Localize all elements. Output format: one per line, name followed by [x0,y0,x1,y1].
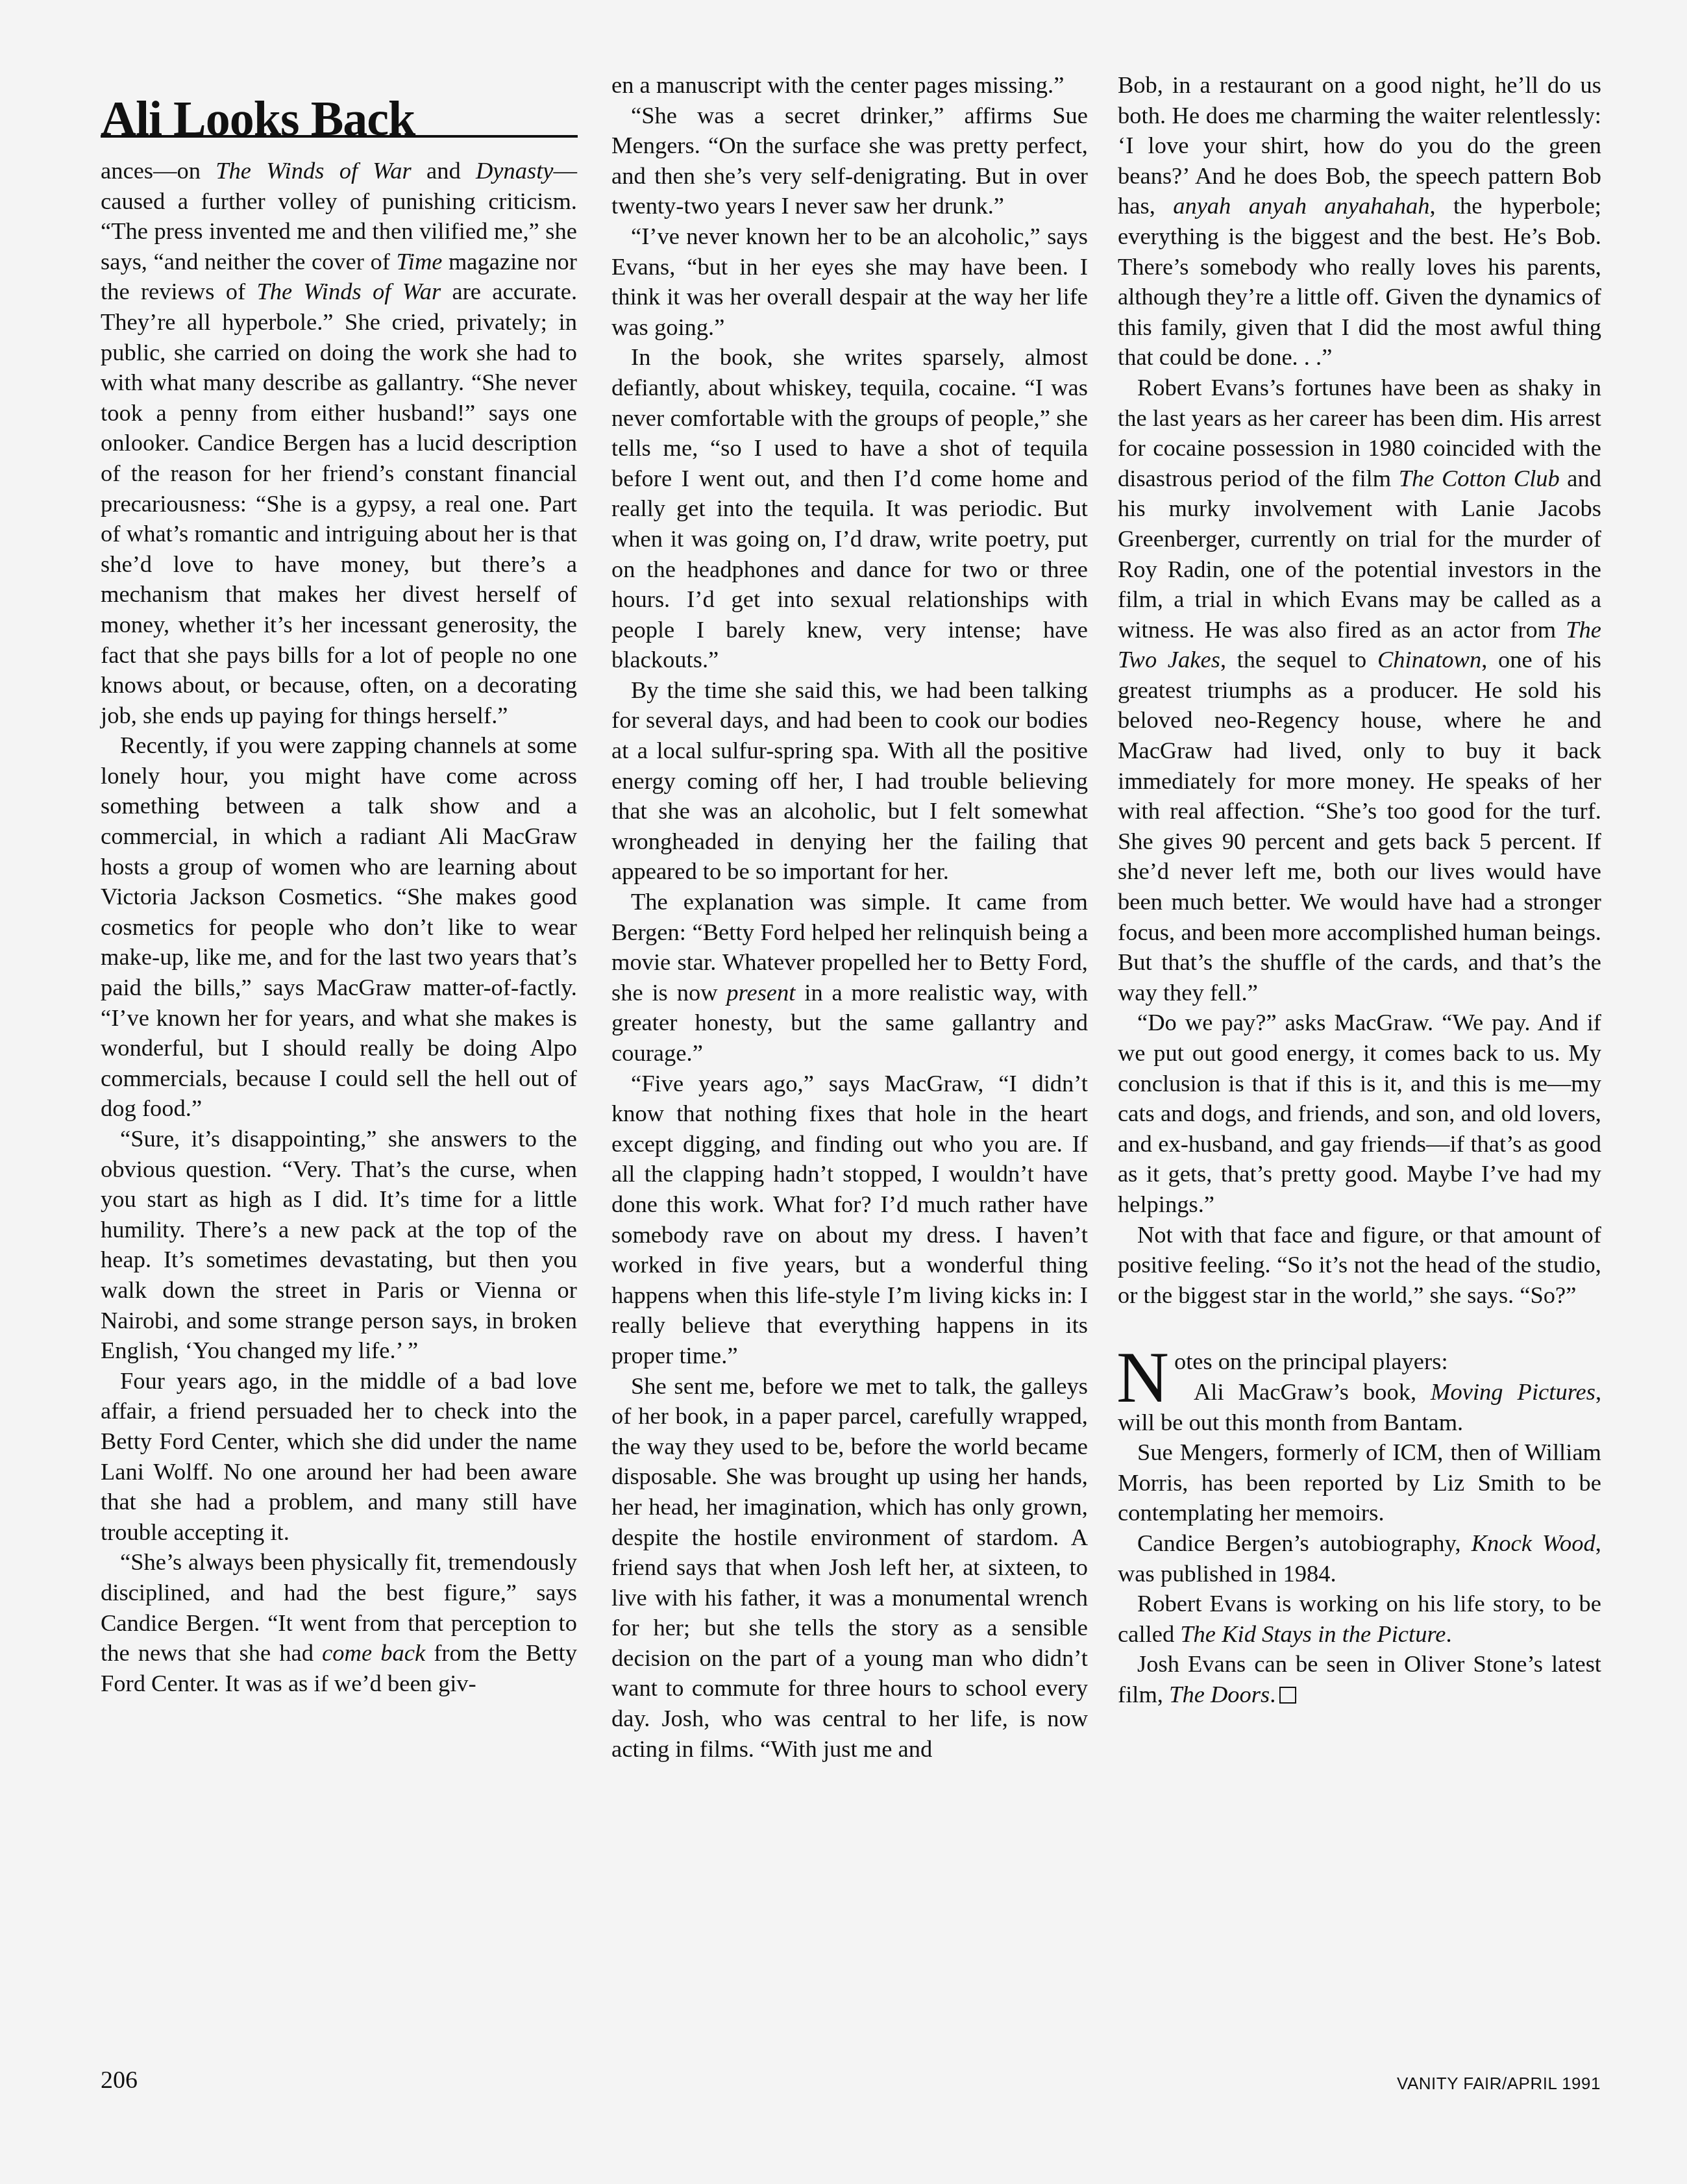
text-run: and [412,157,476,184]
note-item: Ali MacGraw’s book, Moving Pictures, wil… [1118,1377,1601,1437]
text-run: Recently, if you were zapping channels a… [101,732,577,1121]
publication-footer: VANITY FAIR/APRIL 1991 [1397,2074,1601,2094]
paragraph: “I’ve never known her to be an alcoholic… [611,221,1088,342]
paragraph: Four years ago, in the middle of a bad l… [101,1366,577,1548]
text-run: . [1270,1681,1275,1707]
paragraph: “Five years ago,” says MacGraw, “I didn’… [611,1069,1088,1371]
italic-run: The Cotton Club [1399,465,1560,491]
column-1: ances—on The Winds of War and Dynasty—ca… [101,156,577,1698]
note-item: Josh Evans can be seen in Oliver Stone’s… [1118,1649,1601,1709]
paragraph: “She’s always been physically fit, treme… [101,1547,577,1698]
drop-cap: N [1116,1350,1169,1405]
note-item: Sue Mengers, formerly of ICM, then of Wi… [1118,1437,1601,1528]
italic-run: The Doors [1169,1681,1270,1707]
paragraph: Not with that face and figure, or that a… [1118,1220,1601,1311]
notes-heading: Notes on the principal players: [1118,1346,1601,1377]
article-title: Ali Looks Back [101,90,578,148]
title-rule [101,135,578,138]
paragraph: Recently, if you were zapping channels a… [101,730,577,1124]
text-run: “I’ve never known her to be an alcoholic… [611,223,1088,340]
text-run: , the sequel to [1220,646,1377,673]
text-run: ances—on [101,157,215,184]
paragraph: She sent me, before we met to talk, the … [611,1371,1088,1765]
paragraph: The explanation was simple. It came from… [611,887,1088,1069]
paragraph: Bob, in a restaurant on a good night, he… [1118,70,1601,373]
italic-run: Moving Pictures [1431,1378,1595,1405]
text-run: . [1446,1620,1451,1647]
note-item: Robert Evans is working on his life stor… [1118,1589,1601,1649]
end-mark-icon [1279,1687,1296,1704]
text-run: “Sure, it’s disappointing,” she answers … [101,1125,577,1363]
magazine-page: Ali Looks Back ances—on The Winds of War… [0,0,1687,2184]
text-run: In the book, she writes sparsely, almost… [611,343,1088,673]
paragraph: “Sure, it’s disappointing,” she answers … [101,1124,577,1366]
italic-run: Dynasty [476,157,554,184]
notes-heading-text: otes on the principal players: [1174,1348,1448,1374]
italic-run: The Winds of War [256,278,441,304]
paragraph: In the book, she writes sparsely, almost… [611,342,1088,675]
text-run: “Five years ago,” says MacGraw, “I didn’… [611,1070,1088,1369]
italic-run: The Winds of War [215,157,412,184]
page-number: 206 [101,2066,138,2094]
paragraph: en a manuscript with the center pages mi… [611,70,1088,101]
text-run: en a manuscript with the center pages mi… [611,71,1064,98]
paragraph: By the time she said this, we had been t… [611,675,1088,887]
italic-run: present [726,979,795,1006]
italic-run: Knock Wood [1472,1530,1595,1556]
column-3: Bob, in a restaurant on a good night, he… [1118,70,1601,1709]
text-run: are accurate. They’re all hyperbole.” Sh… [101,278,577,728]
text-run: “She was a secret drinker,” affirms Sue … [611,102,1088,219]
paragraph: ances—on The Winds of War and Dynasty—ca… [101,156,577,730]
paragraph: “She was a secret drinker,” affirms Sue … [611,101,1088,221]
text-run: By the time she said this, we had been t… [611,676,1088,885]
note-item: Candice Bergen’s autobiography, Knock Wo… [1118,1528,1601,1589]
italic-run: Time [396,248,442,275]
text-run: Ali MacGraw’s book, [1194,1378,1431,1405]
italic-run: The Kid Stays in the Picture [1180,1620,1446,1647]
text-run: Not with that face and figure, or that a… [1118,1221,1601,1308]
text-run: She sent me, before we met to talk, the … [611,1372,1088,1762]
column-2: en a manuscript with the center pages mi… [611,70,1088,1764]
text-run: , the hyperbole; everything is the bigge… [1118,192,1601,370]
italic-run: come back [322,1639,425,1666]
text-run: , one of his greatest triumphs as a prod… [1118,646,1601,1006]
text-run: “Do we pay?” asks MacGraw. “We pay. And … [1118,1009,1601,1217]
italic-run: anyah anyah anyahahah [1173,192,1429,219]
paragraph: “Do we pay?” asks MacGraw. “We pay. And … [1118,1008,1601,1219]
text-run: Sue Mengers, formerly of ICM, then of Wi… [1118,1439,1601,1526]
paragraph: Robert Evans’s fortunes have been as sha… [1118,373,1601,1008]
italic-run: Chinatown [1377,646,1481,673]
text-run: Candice Bergen’s autobiography, [1137,1530,1472,1556]
text-run: Four years ago, in the middle of a bad l… [101,1367,577,1545]
